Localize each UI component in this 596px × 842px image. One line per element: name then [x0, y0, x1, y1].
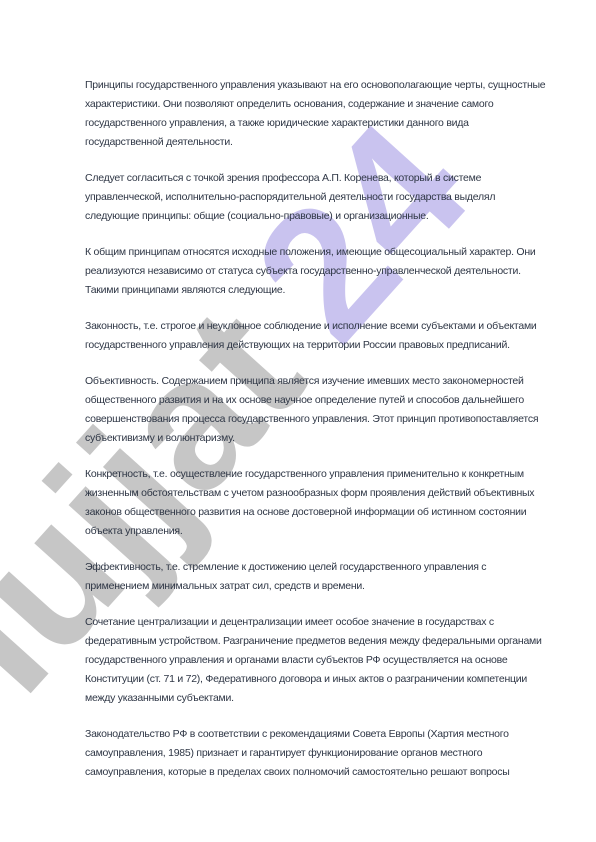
- paragraph: Законодательство РФ в соответствии с рек…: [85, 725, 555, 782]
- paragraph: К общим принципам относятся исходные пол…: [85, 243, 555, 300]
- paragraph: Конкретность, т.е. осуществление государ…: [85, 465, 555, 541]
- document-page: Hujjat24 Принципы государственного управ…: [0, 0, 596, 842]
- paragraph: Сочетание централизации и децентрализаци…: [85, 613, 555, 708]
- paragraph: Эффективность, т.е. стремление к достиже…: [85, 558, 555, 596]
- paragraph: Принципы государственного управления ука…: [85, 76, 555, 152]
- paragraph: Следует согласиться с точкой зрения проф…: [85, 169, 555, 226]
- paragraph: Объективность. Содержанием принципа явля…: [85, 372, 555, 448]
- paragraph: Законность, т.е. строгое и неуклонное со…: [85, 317, 555, 355]
- document-body: Принципы государственного управления ука…: [85, 76, 555, 799]
